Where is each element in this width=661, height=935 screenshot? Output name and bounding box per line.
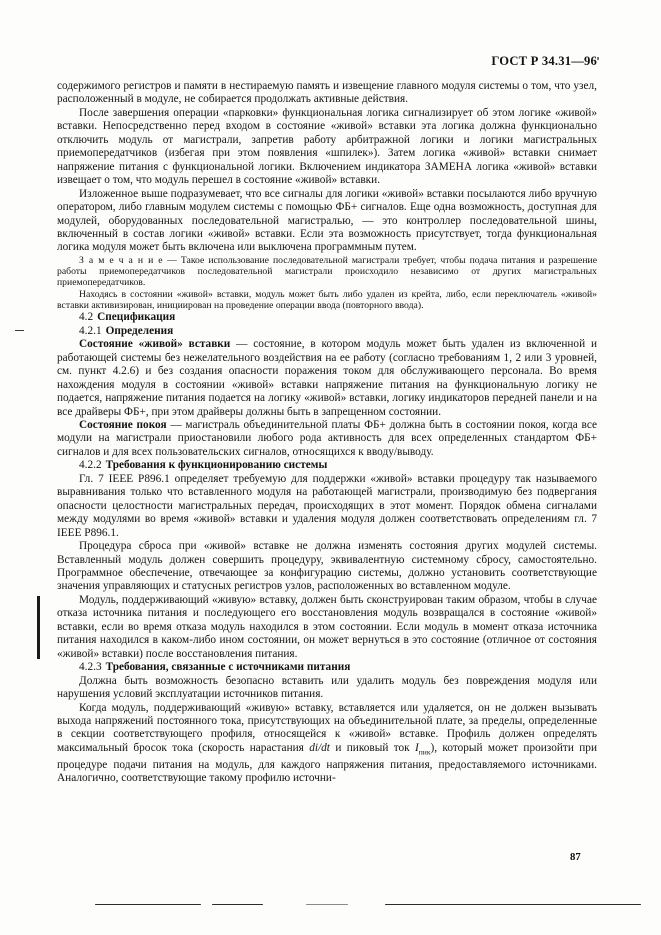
section-number: 4.2.1 — [79, 325, 102, 337]
definition-term: Состояние покоя — [79, 419, 167, 431]
document-page: ГОСТ Р 34.31—96 содержимого регистров и … — [0, 0, 661, 935]
text-body: содержимого регистров и памяти в нестира… — [57, 80, 597, 785]
section-title: Требования к функционированию системы — [106, 459, 328, 471]
section-heading-4-2-2: 4.2.2Требования к функционированию систе… — [57, 459, 597, 472]
formula-subscript: пик — [419, 747, 431, 756]
bottom-scanline-segment — [95, 904, 201, 905]
section-number: 4.2 — [79, 311, 93, 323]
paragraph-power-fail-changebar: Модуль, поддерживающий «живую» вставку, … — [57, 594, 597, 661]
paragraph-text: и пиковый ток — [330, 742, 415, 754]
section-number: 4.2.3 — [79, 661, 102, 673]
section-number: 4.2.2 — [79, 459, 102, 471]
standard-number: ГОСТ Р 34.31—96 — [491, 54, 597, 68]
paragraph-live-insert-state: Находясь в состоянии «живой» вставки, мо… — [57, 289, 597, 312]
paragraph-current-surge: Когда модуль, поддерживающий «живую» вст… — [57, 702, 597, 786]
header-dot-artifact — [597, 57, 599, 60]
paragraph-reset-procedure: Процедура сброса при «живой» вставке не … — [57, 540, 597, 594]
definition-term: Состояние «живой» вставки — [79, 338, 230, 350]
section-heading-4-2: 4.2Спецификация — [57, 311, 597, 324]
bottom-scanline-segment — [306, 904, 348, 905]
page-header: ГОСТ Р 34.31—96 — [57, 54, 597, 69]
paragraph-ieee-alignment: Гл. 7 IEEE P896.1 определяет требуемую д… — [57, 473, 597, 540]
section-heading-4-2-1: 4.2.1Определения — [57, 325, 597, 338]
paragraph-signals: Изложенное выше подразумевает, что все с… — [57, 188, 597, 255]
bottom-scanline-segment — [212, 904, 263, 905]
paragraph-safe-insert: Должна быть возможность безопасно встави… — [57, 675, 597, 702]
paragraph-continuation: содержимого регистров и памяти в нестира… — [57, 80, 597, 107]
bottom-scanline-segment — [385, 904, 641, 905]
section-title: Определения — [106, 325, 174, 337]
page-number: 87 — [570, 851, 581, 863]
definition-quiescent-state: Состояние покоя — магистраль объединител… — [57, 419, 597, 459]
paragraph-parking: После завершения операции «парковки» фун… — [57, 107, 597, 188]
section-title: Спецификация — [97, 311, 175, 323]
note-paragraph: З а м е ч а н и е — Такое использование … — [57, 255, 597, 289]
definition-live-insertion: Состояние «живой» вставки — состояние, в… — [57, 338, 597, 419]
section-heading-4-2-3: 4.2.3Требования, связанные с источниками… — [57, 661, 597, 674]
section-title: Требования, связанные с источниками пита… — [106, 661, 351, 673]
margin-dash-artifact — [15, 330, 24, 331]
note-label: З а м е ч а н и е — [79, 255, 163, 266]
formula-didt: di/dt — [309, 742, 330, 754]
